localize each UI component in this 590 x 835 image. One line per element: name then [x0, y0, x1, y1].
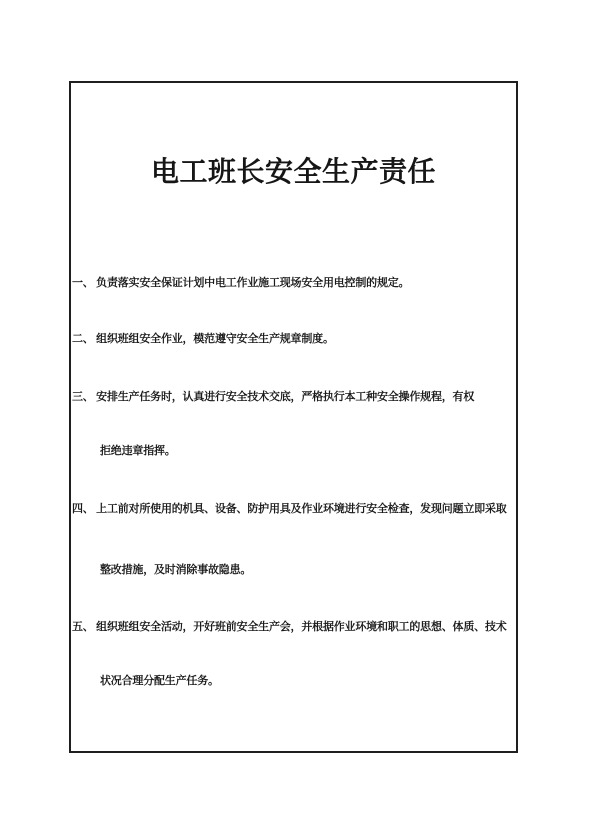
duty-item-3-line-2: 拒绝违章指挥。	[100, 444, 176, 459]
duty-item-4-line-2: 整改措施，及时消除事故隐患。	[100, 563, 251, 578]
duty-item-2-line-1: 二、 组织班组安全作业，模范遵守安全生产规章制度。	[72, 332, 334, 347]
duty-item-1-line-1: 一、 负责落实安全保证计划中电工作业施工现场安全用电控制的规定。	[72, 276, 409, 291]
duty-item-5-line-1: 五、 组织班组安全活动，开好班前安全生产会，并根据作业环境和职工的思想、体质、技…	[72, 620, 507, 635]
duty-item-5-line-2: 状况合理分配生产任务。	[100, 674, 219, 689]
page-title: 电工班长安全生产责任	[69, 156, 518, 190]
duty-item-4-line-1: 四、 上工前对所使用的机具、设备、防护用具及作业环境进行安全检查，发现问题立即采…	[72, 502, 507, 517]
document-page: 电工班长安全生产责任 一、 负责落实安全保证计划中电工作业施工现场安全用电控制的…	[0, 0, 590, 835]
duty-item-3-line-1: 三、 安排生产任务时，认真进行安全技术交底，严格执行本工种安全操作规程，有权	[72, 390, 474, 405]
